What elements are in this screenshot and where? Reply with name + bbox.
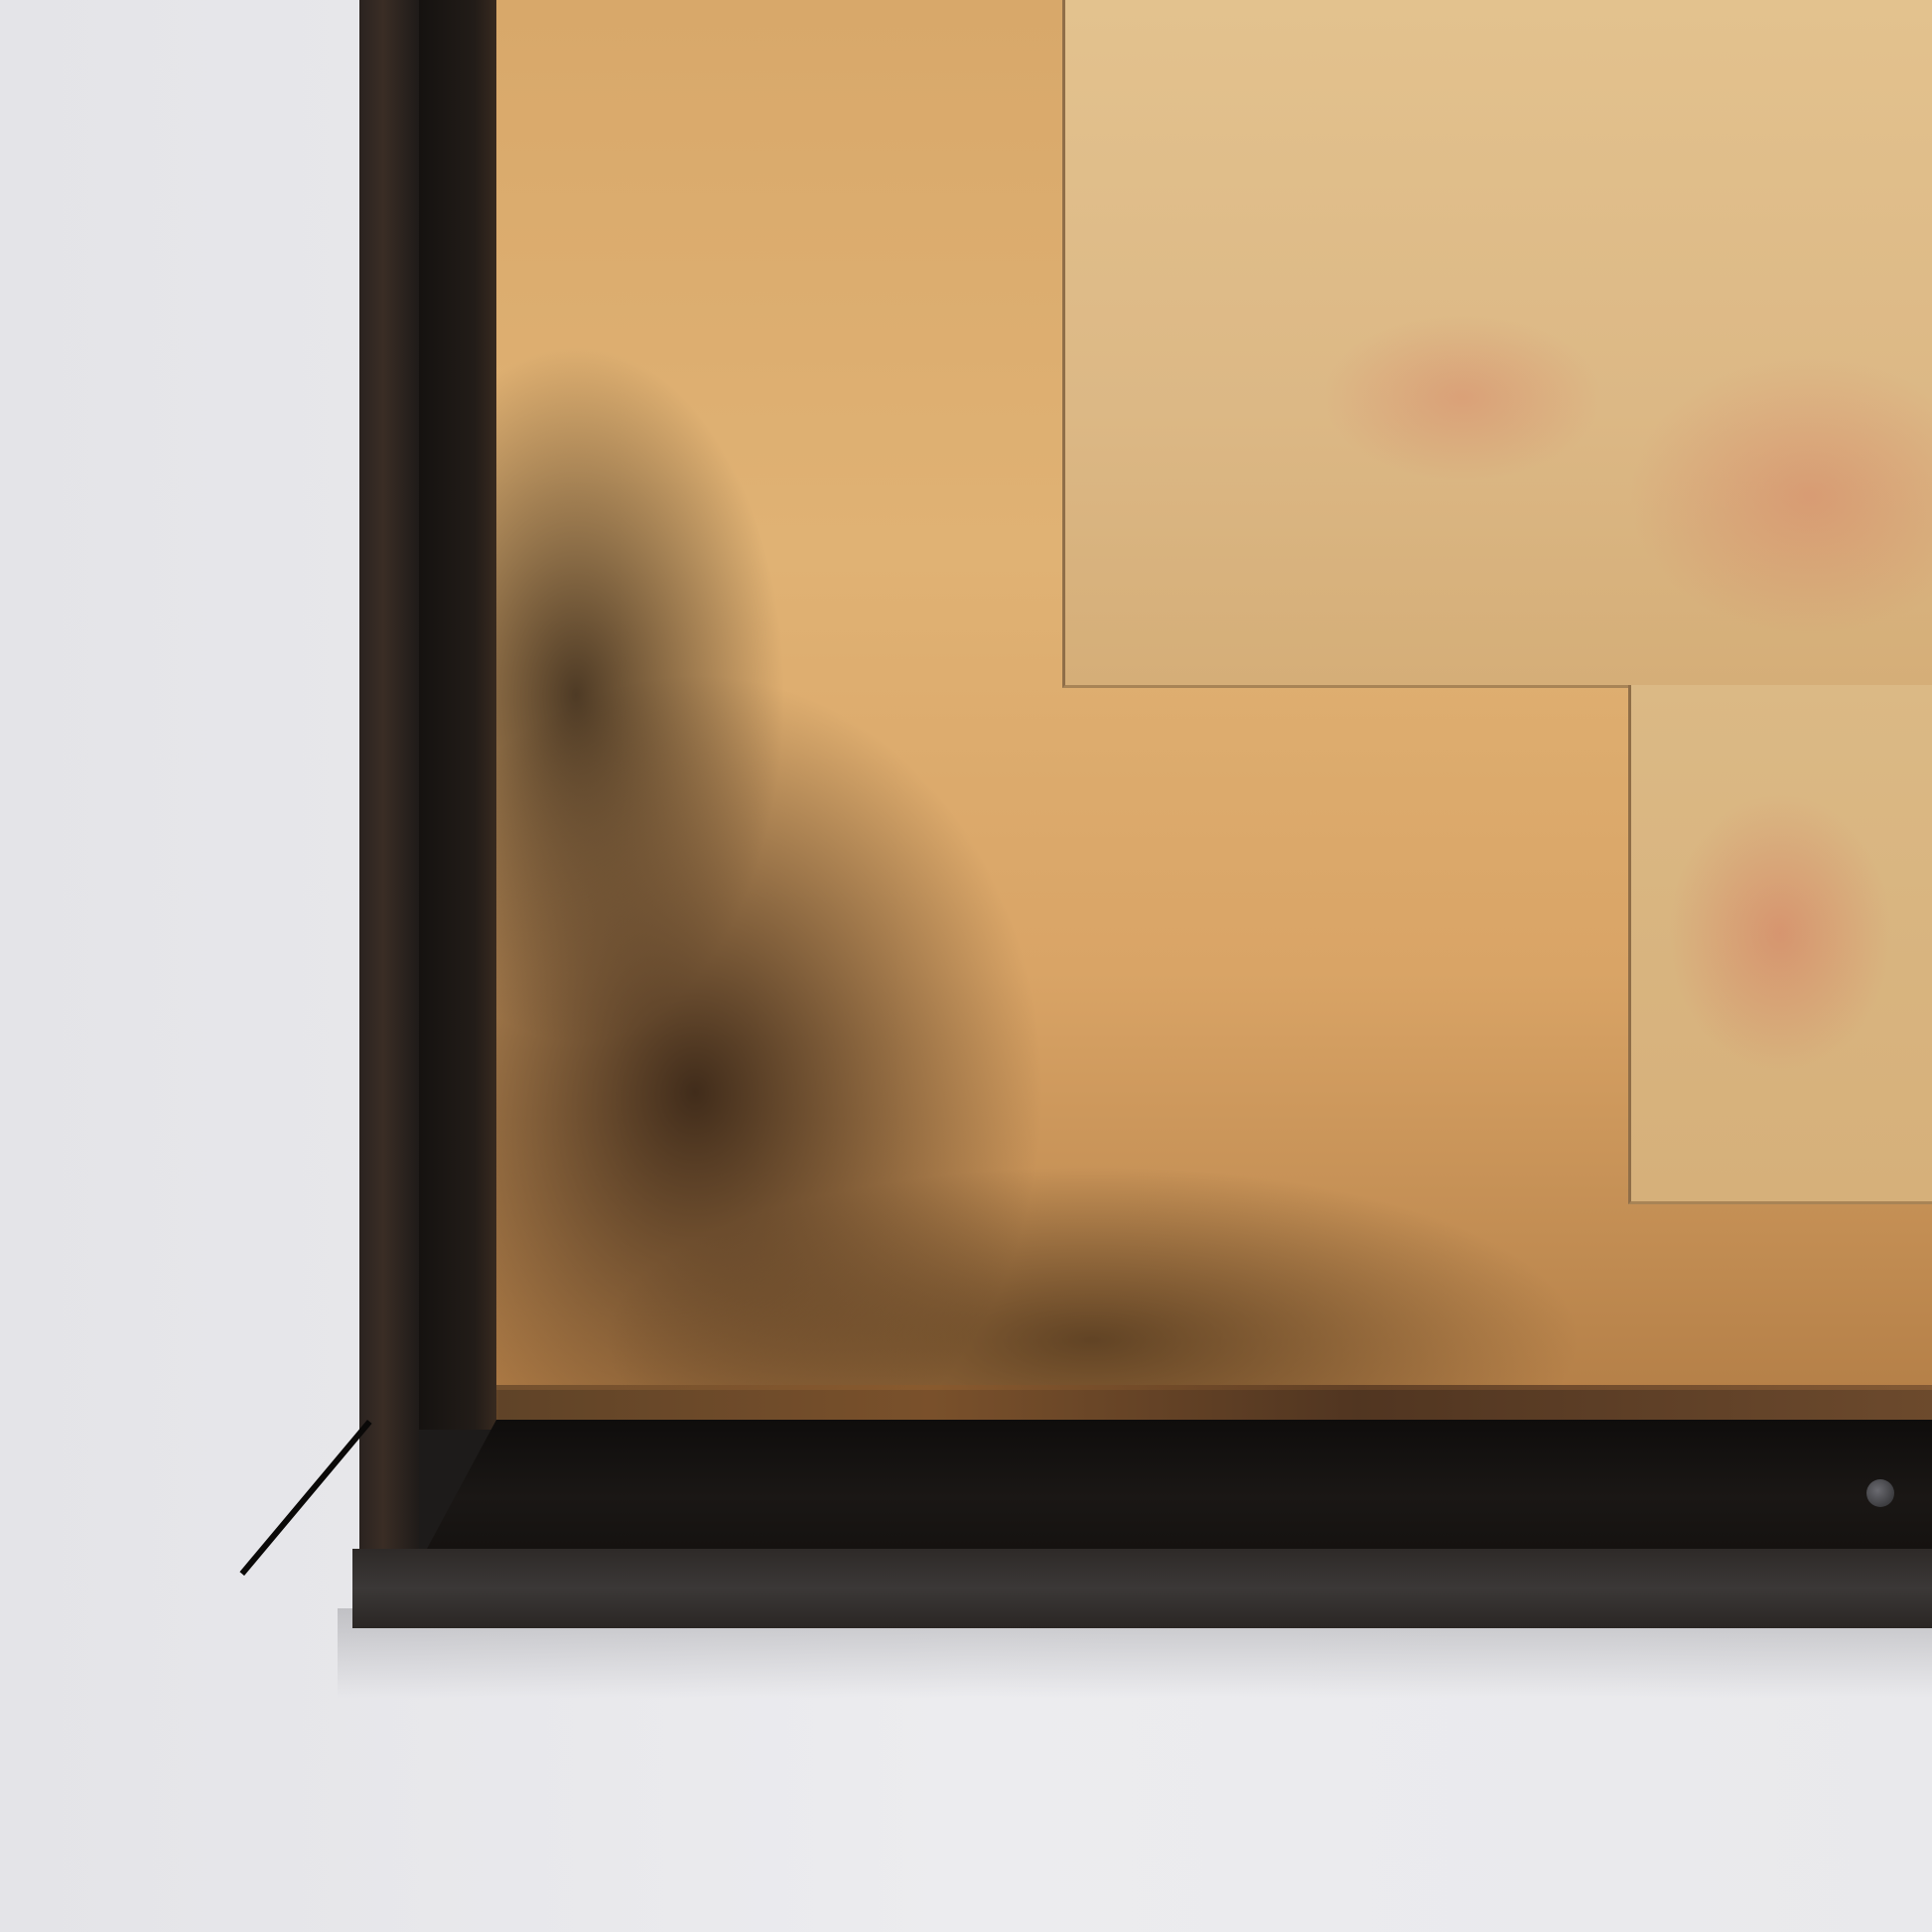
aged-paper-upper xyxy=(1062,0,1932,688)
frame-left-edge xyxy=(359,0,419,1598)
rivet-icon xyxy=(1866,1479,1894,1507)
aged-paper-lower xyxy=(1628,685,1932,1204)
frame-bottom-lip xyxy=(352,1549,1932,1628)
frame-bottom-bevel xyxy=(427,1420,1932,1549)
rust-strip xyxy=(496,1385,1932,1425)
frame-inner-left-bevel xyxy=(419,0,498,1430)
